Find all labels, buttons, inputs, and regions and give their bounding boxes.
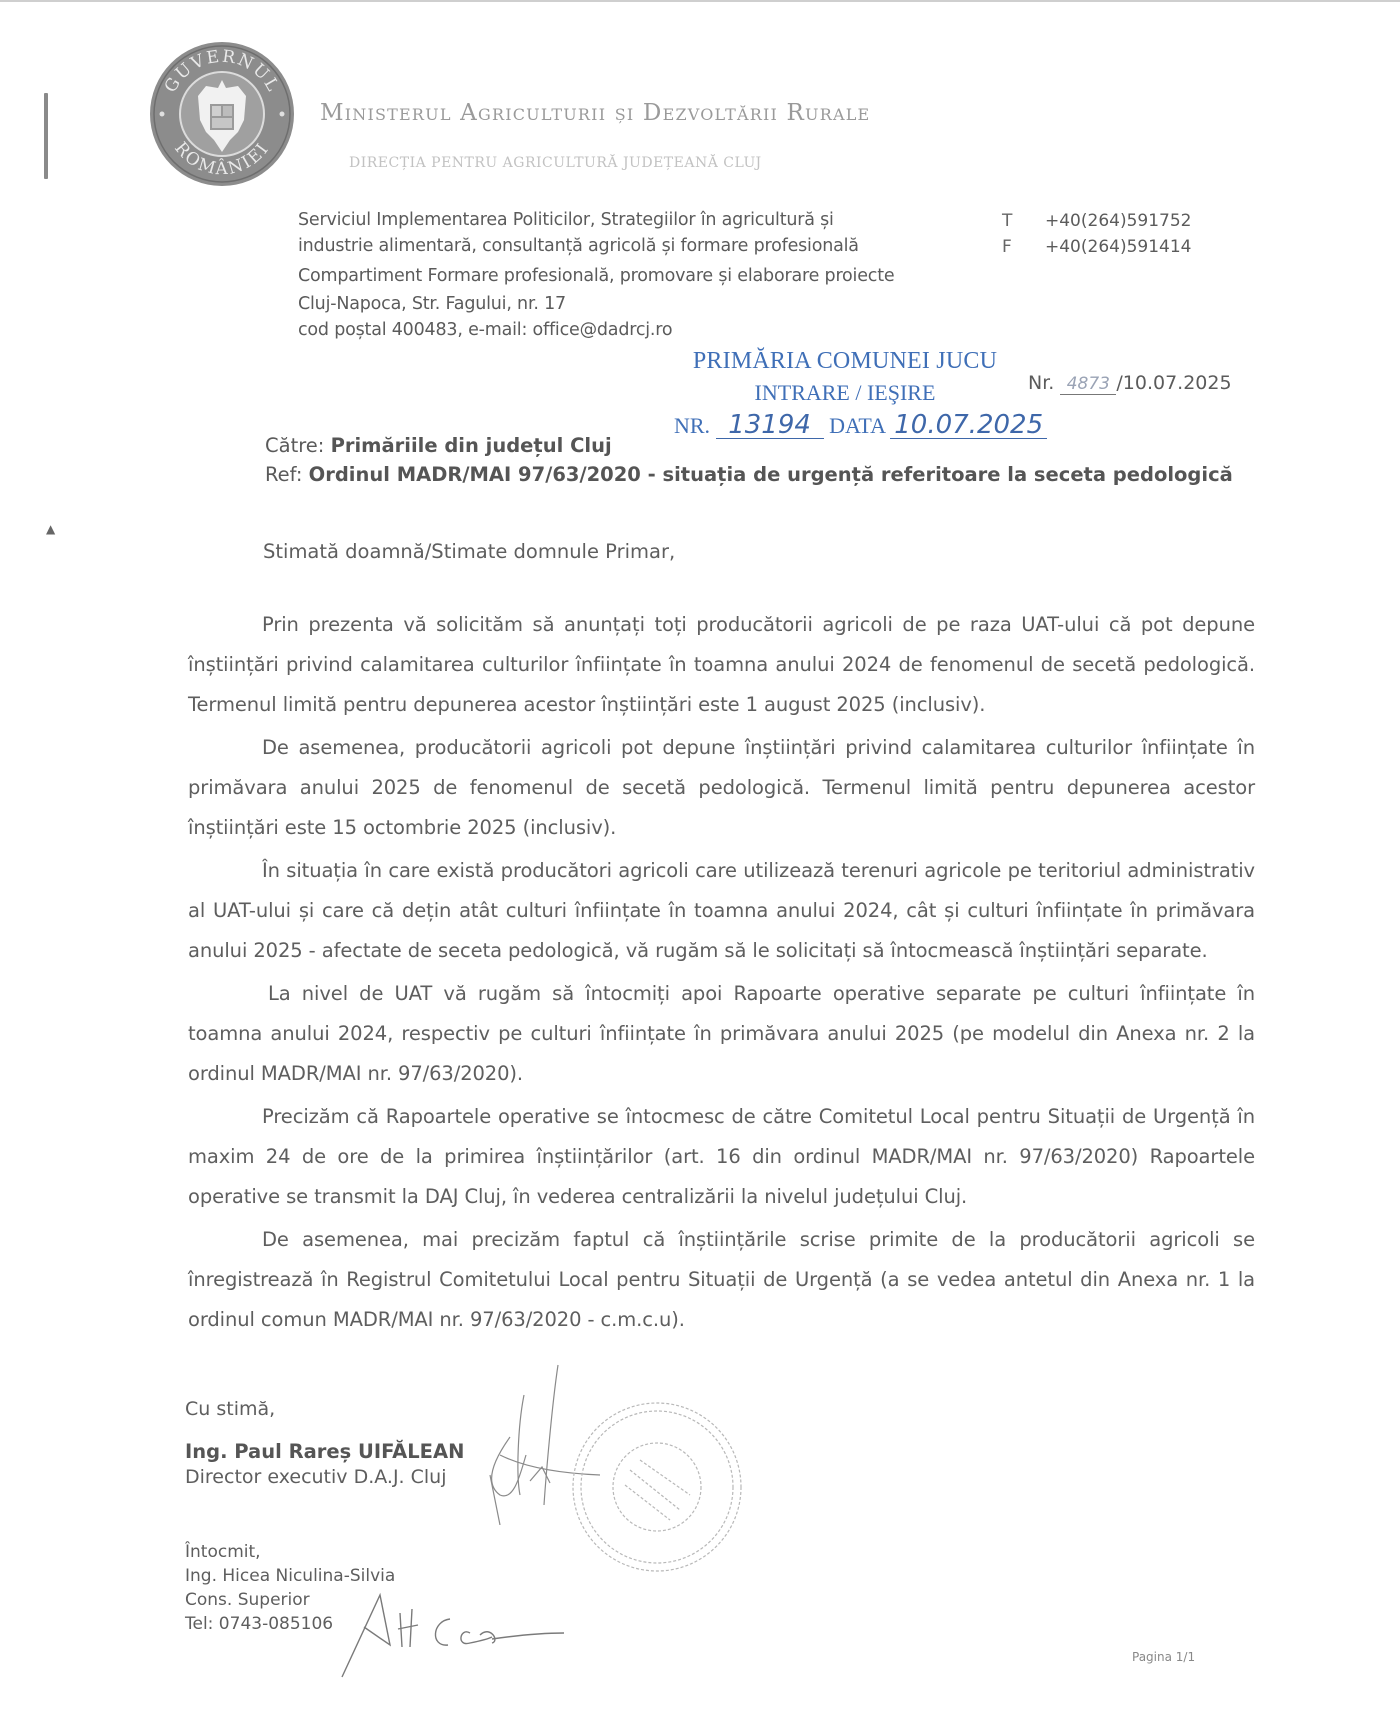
closing-salutation: Cu stimă, [185, 1398, 275, 1420]
greeting: Stimată doamnă/Stimate domnule Primar, [263, 540, 675, 563]
body-paragraph: În situația în care există producători a… [188, 851, 1255, 971]
stamp-data-label: DATA [829, 413, 885, 438]
outgoing-number-date: /10.07.2025 [1116, 372, 1231, 394]
body-paragraph: La nivel de UAT vă rugăm să întocmiți ap… [188, 974, 1255, 1094]
letter-body: Prin prezenta vă solicităm să anunțați t… [188, 605, 1255, 1343]
stamp-data-value: 10.07.2025 [890, 412, 1047, 439]
sender-address: Cluj-Napoca, Str. Fagului, nr. 17 [298, 294, 566, 314]
preparer-phone: Tel: 0743-085106 [185, 1614, 333, 1634]
prepared-by-label: Întocmit, [185, 1542, 261, 1562]
scan-margin-mark [44, 93, 48, 179]
fax-number: +40(264)591414 [1045, 237, 1191, 257]
stamp-type: INTRARE / IEŞIRE [660, 380, 1030, 412]
government-seal-icon: GUVERNUL ROMÂNIEI [148, 40, 296, 188]
page-number: Pagina 1/1 [1132, 1650, 1195, 1664]
addressee-line: Către: Primăriile din județul Cluj [265, 434, 612, 457]
body-paragraph: De asemenea, mai precizăm faptul că înșt… [188, 1220, 1255, 1340]
reference-label: Ref: [265, 463, 302, 486]
outgoing-number: Nr. 4873/10.07.2025 [1028, 372, 1232, 395]
body-paragraph: Prin prezenta vă solicităm să anunțați t… [188, 605, 1255, 725]
body-paragraph: De asemenea, producătorii agricoli pot d… [188, 728, 1255, 848]
phone-number: +40(264)591752 [1045, 211, 1191, 231]
ministry-title: Ministerul Agriculturii și Dezvoltării R… [320, 100, 870, 126]
preparer-title: Cons. Superior [185, 1590, 310, 1610]
official-round-stamp [570, 1400, 745, 1575]
phone-label: T [1002, 211, 1012, 231]
directorate-title: DIRECȚIA PENTRU AGRICULTURĂ JUDEȚEANĂ CL… [349, 155, 762, 171]
signer-title: Director executiv D.A.J. Cluj [185, 1466, 447, 1488]
outgoing-number-prefix: Nr. [1028, 372, 1054, 394]
outgoing-number-handwritten: 4873 [1060, 374, 1116, 395]
signer-name: Ing. Paul Rareș UIFĂLEAN [185, 1440, 464, 1463]
registration-stamp: PRIMĂRIA COMUNEI JUCU INTRARE / IEŞIRE N… [660, 348, 1030, 439]
preparer-signature [320, 1585, 580, 1685]
addressee-label: Către: [265, 434, 324, 457]
stamp-number-date: NR. 13194 DATA 10.07.2025 [660, 412, 1030, 439]
sender-line: Serviciul Implementarea Politicilor, Str… [298, 210, 834, 230]
stamp-nr-label: NR. [674, 413, 710, 438]
reference-line: Ref: Ordinul MADR/MAI 97/63/2020 - situa… [265, 463, 1233, 486]
scan-artifact-caret-icon: ▲ [46, 522, 55, 536]
preparer-name: Ing. Hicea Niculina-Silvia [185, 1566, 395, 1586]
sender-postal-email: cod poștal 400483, e-mail: office@dadrcj… [298, 320, 672, 340]
sender-line: Compartiment Formare profesională, promo… [298, 266, 894, 286]
fax-label: F [1002, 237, 1012, 257]
scan-edge [0, 0, 1400, 2]
stamp-institution: PRIMĂRIA COMUNEI JUCU [660, 348, 1030, 380]
stamp-nr-value: 13194 [716, 412, 824, 439]
addressee-value: Primăriile din județul Cluj [331, 434, 612, 457]
reference-value: Ordinul MADR/MAI 97/63/2020 - situația d… [309, 463, 1233, 486]
body-paragraph: Precizăm că Rapoartele operative se înto… [188, 1097, 1255, 1217]
sender-line: industrie alimentară, consultanță agrico… [298, 236, 859, 256]
